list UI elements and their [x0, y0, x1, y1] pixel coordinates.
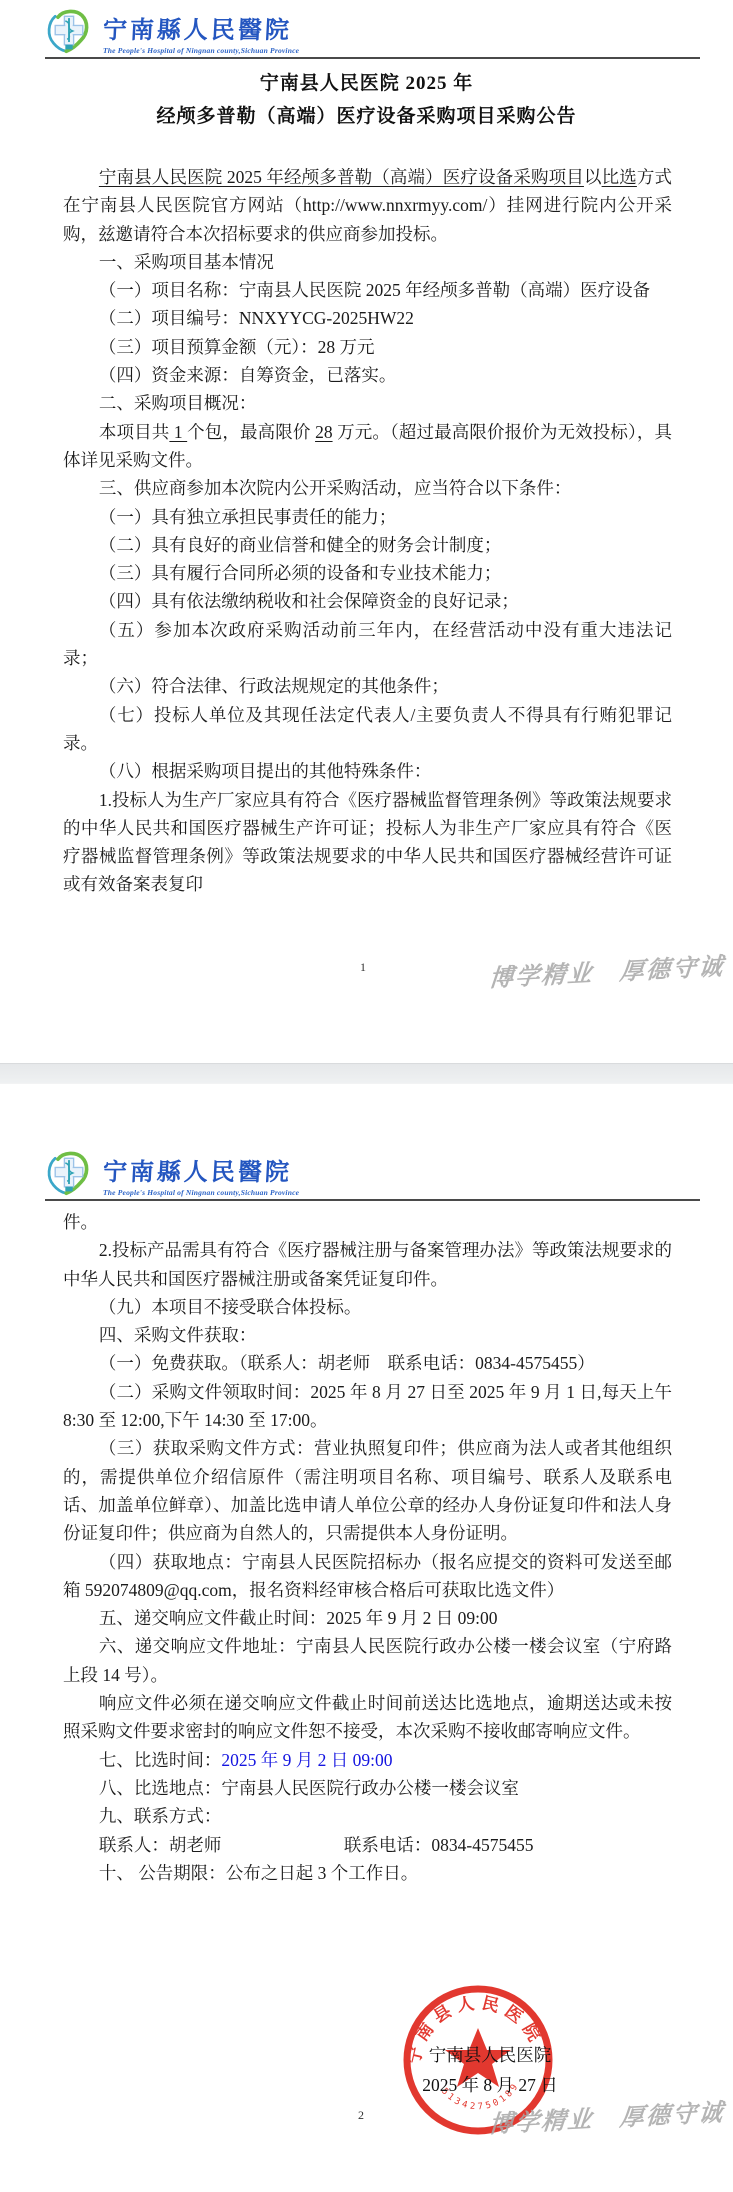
paragraph: 2.投标产品需具有符合《医疗器械注册与备案管理办法》等政策法规要求的中华人民共和… [63, 1236, 672, 1293]
method-underlined: 比选 [602, 167, 637, 187]
contact-line: 联系人：胡老师联系电话：0834-4575455 [63, 1831, 672, 1859]
page1-body: 宁南县人民医院 2025 年经颅多普勒（高端）医疗设备采购项目以比选方式在宁南县… [63, 163, 672, 899]
paragraph: （三）具有履行合同所必须的设备和专业技术能力； [63, 559, 672, 587]
hospital-name-zh: 宁南縣人民醫院 [102, 1152, 300, 1187]
section-6-heading: 六、递交响应文件地址：宁南县人民医院行政办公楼一楼会议室（宁府路上段 14 号）… [63, 1632, 672, 1689]
paragraph: （四）获取地点：宁南县人民医院招标办（报名应提交的资料可发送至邮箱 592074… [63, 1548, 672, 1605]
paragraph: （八）根据采购项目提出的其他特殊条件： [63, 757, 672, 785]
paragraph: （九）本项目不接受联合体投标。 [63, 1293, 672, 1321]
hospital-name-en: The People's Hospital of Ningnan county,… [103, 46, 299, 55]
hospital-logo-text: 宁南縣人民醫院 The People's Hospital of Ningnan… [103, 8, 299, 55]
section-9-heading: 九、联系方式： [63, 1802, 672, 1830]
paragraph: （四）具有依法缴纳税收和社会保障资金的良好记录； [63, 587, 672, 615]
header-rule [45, 57, 700, 59]
paragraph: （三）项目预算金额（元）：28 万元 [63, 333, 672, 361]
bixuan-datetime: 2025 年 9 月 2 日 09:00 [221, 1750, 392, 1770]
page-separator [0, 1063, 733, 1084]
paragraph: （六）符合法律、行政法规规定的其他条件； [63, 672, 672, 700]
page-number: 1 [360, 960, 366, 975]
section-8-heading: 八、比选地点：宁南县人民医院行政办公楼一楼会议室 [63, 1774, 672, 1802]
paragraph: （三）获取采购文件方式：营业执照复印件；供应商为法人或者其他组织的，需提供单位介… [63, 1434, 672, 1547]
page2-header: 宁南縣人民醫院 The People's Hospital of Ningnan… [0, 1084, 733, 1197]
section-5-heading: 五、递交响应文件截止时间：2025 年 9 月 2 日 09:00 [63, 1604, 672, 1632]
page2-body: 件。 2.投标产品需具有符合《医疗器械注册与备案管理办法》等政策法规要求的中华人… [63, 1208, 672, 1887]
header-rule [45, 1199, 700, 1201]
paragraph: （一）具有独立承担民事责任的能力； [63, 503, 672, 531]
intro-paragraph: 宁南县人民医院 2025 年经颅多普勒（高端）医疗设备采购项目以比选方式在宁南县… [63, 163, 672, 248]
page-number: 2 [358, 2108, 364, 2123]
hospital-logo-icon [45, 8, 93, 54]
section-4-heading: 四、采购文件获取： [63, 1321, 672, 1349]
page-1: 宁南縣人民醫院 The People's Hospital of Ningnan… [0, 0, 733, 1063]
paragraph: （四）资金来源：自筹资金，已落实。 [63, 361, 672, 389]
overview-paragraph: 本项目共 1 个包，最高限价 28 万元。（超过最高限价报价为无效投标），具体详… [63, 418, 672, 475]
title-line2: 经颅多普勒（高端）医疗设备采购项目采购公告 [20, 100, 713, 133]
page-2: 宁南縣人民醫院 The People's Hospital of Ningnan… [0, 1084, 733, 2192]
signature-block: 宁南县人民医院 2025 年 8 月 27 日 [355, 2040, 625, 2100]
contact-person: 联系人：胡老师 [99, 1835, 222, 1855]
signature-date: 2025 年 8 月 27 日 [355, 2070, 625, 2100]
page1-header: 宁南縣人民醫院 The People's Hospital of Ningnan… [0, 0, 733, 55]
paragraph: （二）项目编号：NNXYYCG-2025HW22 [63, 304, 672, 332]
section-1-heading: 一、采购项目基本情况 [63, 248, 672, 276]
section-10-heading: 十、 公告期限：公布之日起 3 个工作日。 [63, 1859, 672, 1887]
section-3-heading: 三、供应商参加本次院内公开采购活动，应当符合以下条件： [63, 474, 672, 502]
calligraphy-watermark: 博学精业 厚德守诚 [488, 946, 733, 994]
document-title: 宁南县人民医院 2025 年 经颅多普勒（高端）医疗设备采购项目采购公告 [20, 67, 713, 133]
hospital-logo-icon [45, 1150, 93, 1196]
paragraph: （一）项目名称：宁南县人民医院 2025 年经颅多普勒（高端）医疗设备 [63, 276, 672, 304]
title-line1: 宁南县人民医院 2025 年 [20, 67, 713, 100]
paragraph: （二）采购文件领取时间：2025 年 8 月 27 日至 2025 年 9 月 … [63, 1378, 672, 1435]
signature-unit: 宁南县人民医院 [355, 2040, 625, 2070]
paragraph: 1.投标人为生产厂家应具有符合《医疗器械监督管理条例》等政策法规要求的中华人民共… [63, 786, 672, 899]
section-7-heading: 七、比选时间：2025 年 9 月 2 日 09:00 [63, 1746, 672, 1774]
paragraph: （五）参加本次政府采购活动前三年内，在经营活动中没有重大违法记录； [63, 616, 672, 673]
continuation-paragraph: 件。 [63, 1208, 672, 1236]
hospital-logo-text: 宁南縣人民醫院 The People's Hospital of Ningnan… [103, 1150, 299, 1197]
procurement-announcement-document: 宁南縣人民醫院 The People's Hospital of Ningnan… [0, 0, 733, 2192]
paragraph: （七）投标人单位及其现任法定代表人/主要负责人不得具有行贿犯罪记录。 [63, 701, 672, 758]
paragraph: （二）具有良好的商业信誉和健全的财务会计制度； [63, 531, 672, 559]
contact-phone: 联系电话：0834-4575455 [344, 1835, 534, 1855]
project-name-underlined: 宁南县人民医院 2025 年经颅多普勒（高端）医疗设备采购项目 [99, 167, 584, 187]
paragraph: 响应文件必须在递交响应文件截止时间前送达比选地点，逾期送达或未按照采购文件要求密… [63, 1689, 672, 1746]
section-2-heading: 二、采购项目概况： [63, 389, 672, 417]
hospital-name-en: The People's Hospital of Ningnan county,… [103, 1188, 299, 1197]
paragraph: （一）免费获取。（联系人：胡老师 联系电话：0834-4575455） [63, 1349, 672, 1377]
hospital-name-zh: 宁南縣人民醫院 [102, 10, 300, 45]
